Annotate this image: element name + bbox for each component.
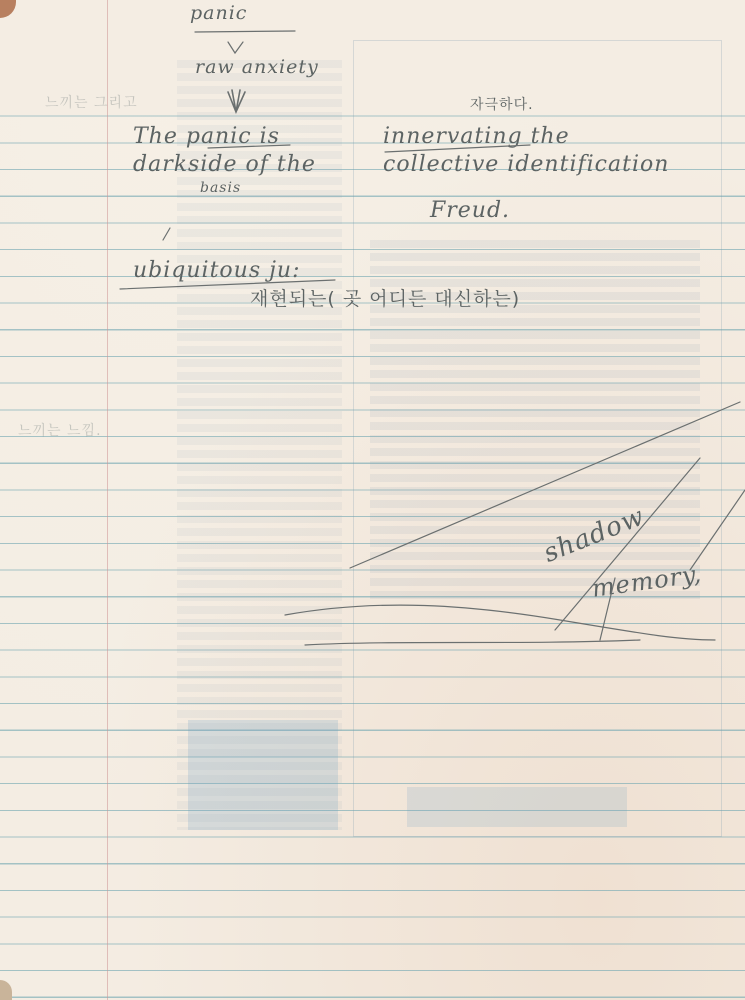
panic-sentence-underline — [208, 145, 290, 148]
ubiquitous-underline — [120, 280, 335, 289]
memory-slash — [600, 578, 615, 640]
diagonal-line-long — [350, 402, 740, 568]
pencil-strokes — [0, 0, 745, 1000]
diagonal-line-right — [690, 490, 745, 570]
innervating-underline — [385, 145, 530, 152]
wavy-line-1 — [285, 605, 715, 640]
wavy-line-2 — [305, 640, 640, 645]
accent-mark — [163, 228, 170, 240]
panic-underline — [195, 31, 295, 32]
arrow-down-heavy-icon — [228, 90, 245, 112]
diagonal-line-short — [555, 458, 700, 630]
arrow-down-icon — [228, 42, 243, 53]
notebook-page: 느끼는 그리고 느끼는 느낌. panic raw anxiety The pa… — [0, 0, 745, 1000]
